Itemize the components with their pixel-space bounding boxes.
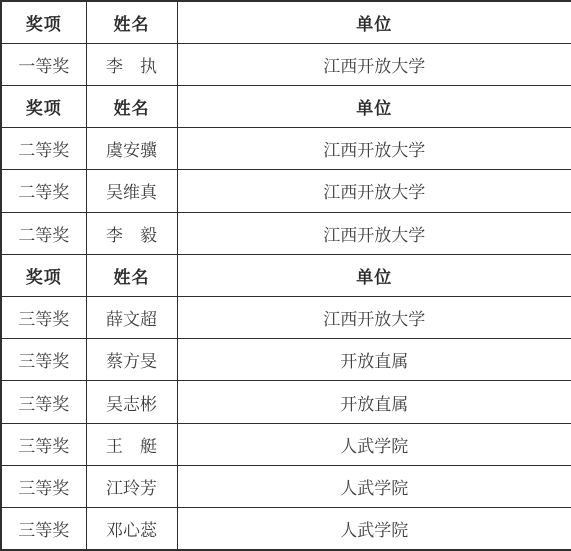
table-row: 二等奖 李 毅 江西开放大学: [1, 212, 571, 254]
header-cell-unit: 单位: [177, 1, 571, 43]
table-row: 三等奖 邓心蕊 人武学院: [1, 508, 571, 550]
table-row: 三等奖 薛文超 江西开放大学: [1, 297, 571, 339]
cell-unit: 江西开放大学: [177, 170, 571, 212]
cell-unit: 江西开放大学: [177, 43, 571, 85]
table-row: 三等奖 蔡方旻 开放直属: [1, 339, 571, 381]
cell-award: 三等奖: [1, 297, 86, 339]
cell-name: 李 毅: [86, 212, 177, 254]
table-header-row: 奖项 姓名 单位: [1, 85, 571, 127]
cell-award: 二等奖: [1, 170, 86, 212]
header-cell-unit: 单位: [177, 85, 571, 127]
cell-name: 江玲芳: [86, 465, 177, 507]
cell-name: 李 执: [86, 43, 177, 85]
cell-unit: 开放直属: [177, 339, 571, 381]
header-cell-unit: 单位: [177, 254, 571, 296]
cell-unit: 开放直属: [177, 381, 571, 423]
table-row: 一等奖 李 执 江西开放大学: [1, 43, 571, 85]
cell-unit: 江西开放大学: [177, 128, 571, 170]
cell-name: 虞安骥: [86, 128, 177, 170]
cell-name: 王 艇: [86, 423, 177, 465]
cell-unit: 江西开放大学: [177, 212, 571, 254]
table-header-row: 奖项 姓名 单位: [1, 254, 571, 296]
cell-award: 三等奖: [1, 381, 86, 423]
cell-name: 薛文超: [86, 297, 177, 339]
cell-name: 吴志彬: [86, 381, 177, 423]
cell-unit: 人武学院: [177, 423, 571, 465]
cell-award: 三等奖: [1, 423, 86, 465]
header-cell-award: 奖项: [1, 1, 86, 43]
table-row: 二等奖 虞安骥 江西开放大学: [1, 128, 571, 170]
header-cell-award: 奖项: [1, 85, 86, 127]
cell-award: 三等奖: [1, 339, 86, 381]
cell-name: 吴维真: [86, 170, 177, 212]
cell-name: 邓心蕊: [86, 508, 177, 550]
header-cell-name: 姓名: [86, 254, 177, 296]
header-cell-award: 奖项: [1, 254, 86, 296]
cell-award: 二等奖: [1, 212, 86, 254]
header-cell-name: 姓名: [86, 1, 177, 43]
header-cell-name: 姓名: [86, 85, 177, 127]
cell-unit: 江西开放大学: [177, 297, 571, 339]
cell-award: 一等奖: [1, 43, 86, 85]
table-row: 三等奖 江玲芳 人武学院: [1, 465, 571, 507]
table-row: 二等奖 吴维真 江西开放大学: [1, 170, 571, 212]
cell-award: 三等奖: [1, 508, 86, 550]
table-row: 三等奖 吴志彬 开放直属: [1, 381, 571, 423]
table-row: 三等奖 王 艇 人武学院: [1, 423, 571, 465]
cell-award: 三等奖: [1, 465, 86, 507]
cell-unit: 人武学院: [177, 508, 571, 550]
cell-award: 二等奖: [1, 128, 86, 170]
table-header-row: 奖项 姓名 单位: [1, 1, 571, 43]
award-results-table: 奖项 姓名 单位 一等奖 李 执 江西开放大学 奖项 姓名 单位 二等奖 虞安骥…: [0, 0, 571, 551]
cell-name: 蔡方旻: [86, 339, 177, 381]
cell-unit: 人武学院: [177, 465, 571, 507]
